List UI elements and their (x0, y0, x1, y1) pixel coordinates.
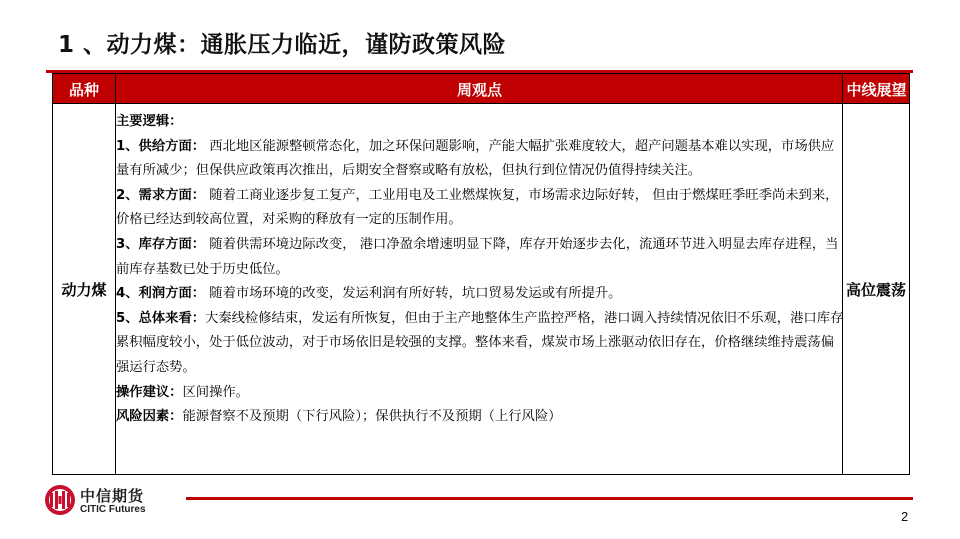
page-number: 2 (901, 509, 908, 524)
header-mid-term-outlook: 中线展望 (843, 74, 910, 103)
point-demand: 2、需求方面： 随着工商业逐步复工复产，工业用电及工业燃煤恢复，市场需求边际好转… (116, 184, 846, 233)
point-profit: 4、利润方面： 随着市场环境的改变，发运利润有所好转，坑口贸易发运或有所提升。 (116, 282, 846, 307)
citic-futures-logo: 中信期货 CITIC Futures (44, 484, 184, 520)
logo-chinese-name: 中信期货 (80, 485, 144, 506)
weekly-view-table: 品种 周观点 中线展望 动力煤 主要逻辑： 1、供给方面： 西北地区能源整顿常态… (52, 73, 910, 475)
header-weekly-view: 周观点 (116, 74, 843, 103)
logo-english-name: CITIC Futures (80, 504, 146, 515)
main-logic-label: 主要逻辑： (116, 114, 182, 129)
point-inventory: 3、库存方面： 随着供需环境边际改变， 港口净盈余增速明显下降，库存开始逐步去化… (116, 233, 846, 282)
risk-factors: 风险因素：能源督察不及预期（下行风险）；保供执行不及预期（上行风险） (116, 405, 846, 430)
operation-suggestion: 操作建议：区间操作。 (116, 381, 846, 406)
table-header-row: 品种 周观点 中线展望 (53, 74, 909, 104)
footer-divider (186, 497, 913, 500)
citic-logo-icon (44, 484, 76, 516)
slide-title: 1 、动力煤：通胀压力临近，谨防政策风险 (58, 26, 506, 59)
weekly-view-cell: 主要逻辑： 1、供给方面： 西北地区能源整顿常态化，加之环保问题影响，产能大幅扩… (116, 110, 846, 430)
point-overall: 5、总体来看：大秦线检修结束，发运有所恢复，但由于主产地整体生产监控严格，港口调… (116, 307, 846, 381)
header-variety: 品种 (53, 74, 115, 103)
variety-cell: 动力煤 (53, 104, 115, 474)
point-supply: 1、供给方面： 西北地区能源整顿常态化，加之环保问题影响，产能大幅扩张难度较大，… (116, 135, 846, 184)
outlook-cell: 高位震荡 (843, 104, 909, 474)
